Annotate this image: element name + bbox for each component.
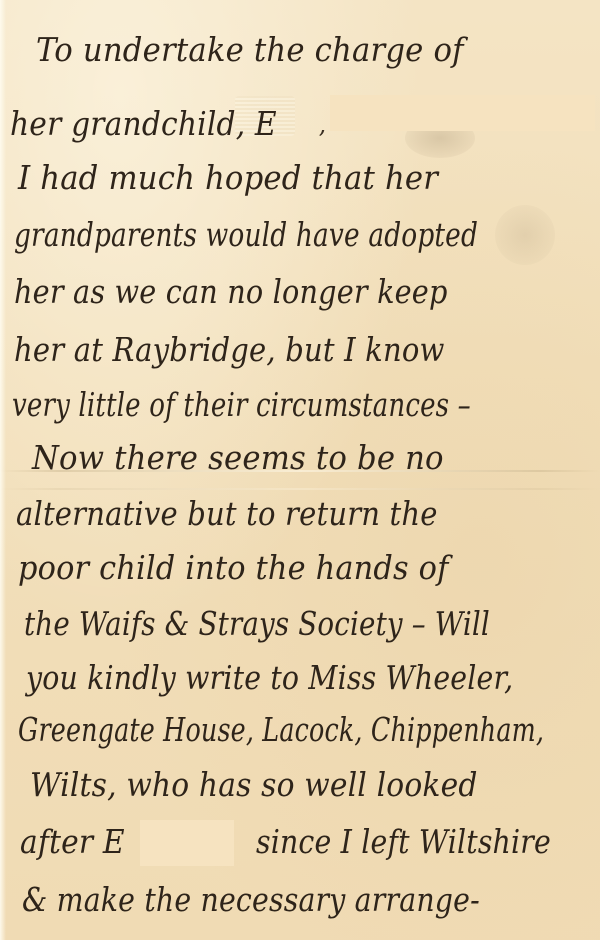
paper-fold-line-secondary xyxy=(0,488,600,490)
letter-line-4: grandparents would have adopted xyxy=(14,215,478,254)
letter-line-14: Wilts, who has so well looked xyxy=(30,765,478,804)
letter-line-2: her grandchild, E xyxy=(10,104,277,143)
letter-line-9: alternative but to return the xyxy=(16,494,438,533)
letter-line-5: her as we can no longer keep xyxy=(14,272,448,311)
letter-line-7: very little of their circumstances – xyxy=(12,385,471,424)
letter-line-15-end: since I left Wiltshire xyxy=(256,822,551,861)
letter-line-12: you kindly write to Miss Wheeler, xyxy=(26,658,513,697)
letter-line-15-start: after E xyxy=(20,822,125,861)
letter-line-3: I had much hoped that her xyxy=(18,158,438,197)
letter-line-10: poor child into the hands of xyxy=(18,548,449,587)
letter-line-13: Greengate House, Lacock, Chippenham, xyxy=(18,710,544,749)
letter-line-1: To undertake the charge of xyxy=(36,30,464,69)
paper-stain xyxy=(495,205,555,265)
letter-line-16: & make the necessary arrange- xyxy=(22,880,480,919)
letter-line-8: Now there seems to be no xyxy=(32,438,444,477)
ink-mark: ’ xyxy=(318,126,326,154)
letter-line-11: the Waifs & Strays Society – Will xyxy=(24,604,490,643)
redaction-box-2 xyxy=(140,820,234,866)
letter-line-6: her at Raybridge, but I know xyxy=(14,330,445,369)
redaction-box-1 xyxy=(330,95,595,131)
